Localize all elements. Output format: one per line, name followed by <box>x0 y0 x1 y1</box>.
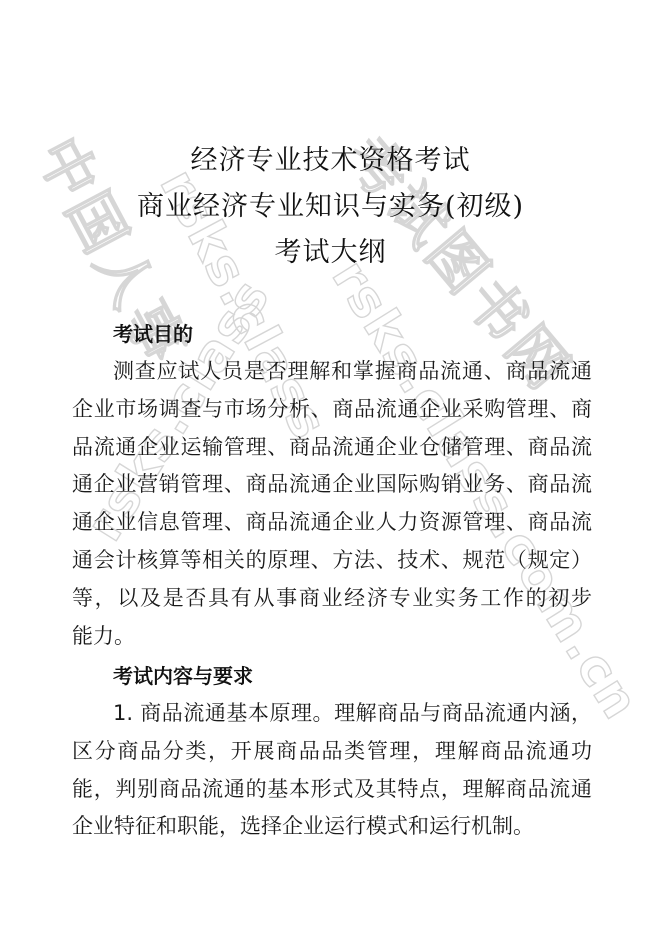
paragraph-line: 区分商品分类，开展商品品类管理，理解商品流通功 <box>72 733 592 771</box>
paragraph-line: 等，以及是否具有从事商业经济专业实务工作的初步 <box>72 580 592 618</box>
document-page: 经济专业技术资格考试 商业经济专业知识与实务(初级) 考试大纲 考试目的 测查应… <box>0 0 661 935</box>
document-title: 经济专业技术资格考试 商业经济专业知识与实务(初级) 考试大纲 <box>0 138 661 276</box>
title-line-2: 商业经济专业知识与实务(初级) <box>0 184 661 230</box>
paragraph-line: 能力。 <box>72 618 592 656</box>
title-line-3: 考试大纲 <box>0 230 661 276</box>
paragraph-line: 通会计核算等相关的原理、方法、技术、规范（规定） <box>72 542 592 580</box>
section-heading-exam-content: 考试内容与要求 <box>113 663 253 689</box>
paragraph-line: 企业市场调查与市场分析、商品流通企业采购管理、商 <box>72 391 592 429</box>
section-heading-exam-purpose: 考试目的 <box>113 321 193 347</box>
paragraph-line: 企业特征和职能，选择企业运行模式和运行机制。 <box>72 808 592 846</box>
paragraph-line: 能，判别商品流通的基本形式及其特点，理解商品流通 <box>72 771 592 809</box>
paragraph-exam-content: 1. 商品流通基本原理。理解商品与商品流通内涵， 区分商品分类，开展商品品类管理… <box>72 695 592 846</box>
paragraph-line: 通企业信息管理、商品流通企业人力资源管理、商品流 <box>72 504 592 542</box>
paragraph-line: 测查应试人员是否理解和掌握商品流通、商品流通 <box>72 353 592 391</box>
title-line-1: 经济专业技术资格考试 <box>0 138 661 184</box>
paragraph-line: 1. 商品流通基本原理。理解商品与商品流通内涵， <box>72 695 592 733</box>
paragraph-exam-purpose: 测查应试人员是否理解和掌握商品流通、商品流通 企业市场调查与市场分析、商品流通企… <box>72 353 592 655</box>
paragraph-line: 通企业营销管理、商品流通企业国际购销业务、商品流 <box>72 466 592 504</box>
paragraph-line: 品流通企业运输管理、商品流通企业仓储管理、商品流 <box>72 429 592 467</box>
